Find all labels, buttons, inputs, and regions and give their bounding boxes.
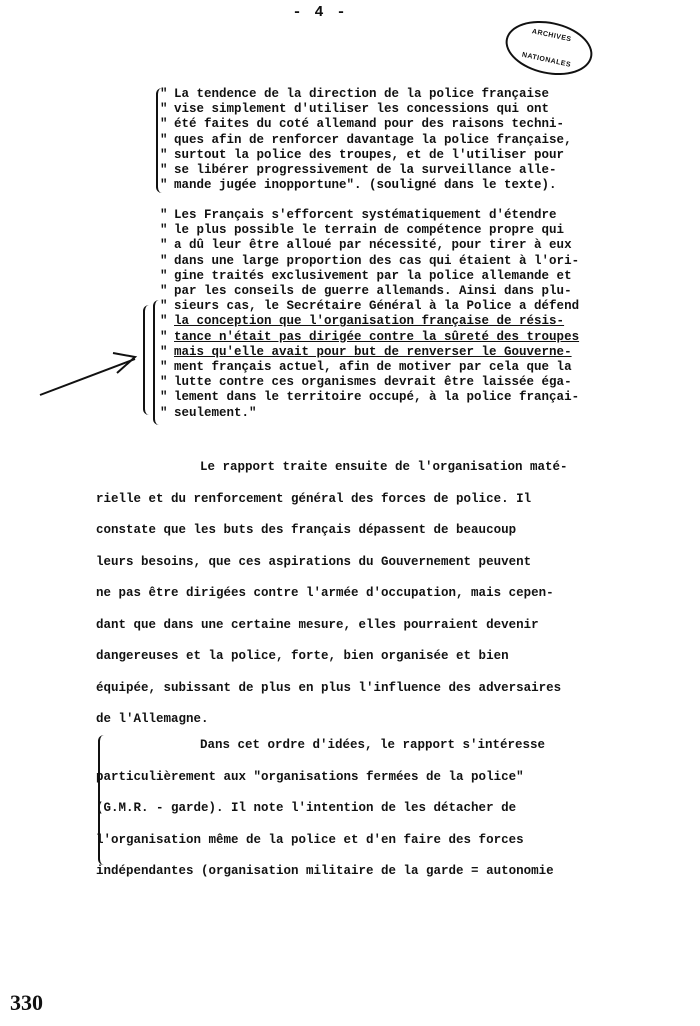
text-line: Dans cet ordre d'idées, le rapport s'int… xyxy=(96,730,696,762)
text-line: "la conception que l'organisation frança… xyxy=(160,314,680,329)
text-line: "Les Français s'efforcent systématiqueme… xyxy=(160,208,680,223)
margin-bracket xyxy=(153,300,159,425)
quote-mark: " xyxy=(160,406,174,421)
quote-mark: " xyxy=(160,390,174,405)
line-text: lutte contre ces organismes devrait être… xyxy=(174,375,572,389)
line-text: ment français actuel, afin de motiver pa… xyxy=(174,360,572,374)
line-text: la conception que l'organisation françai… xyxy=(174,314,564,328)
quoted-passage-1: "La tendence de la direction de la polic… xyxy=(160,87,680,193)
text-line: dant que dans une certaine mesure, elles… xyxy=(96,610,696,642)
line-text: tance n'était pas dirigée contre la sûre… xyxy=(174,330,579,344)
quote-mark: " xyxy=(160,117,174,132)
text-line: "lutte contre ces organismes devrait êtr… xyxy=(160,375,680,390)
text-line: "La tendence de la direction de la polic… xyxy=(160,87,680,102)
line-text: lement dans le territoire occupé, à la p… xyxy=(174,390,579,404)
quote-mark: " xyxy=(160,330,174,345)
text-line: rielle et du renforcement général des fo… xyxy=(96,484,696,516)
quote-mark: " xyxy=(160,299,174,314)
line-text: surtout la police des troupes, et de l'u… xyxy=(174,148,564,162)
text-line: "été faites du coté allemand pour des ra… xyxy=(160,117,680,132)
text-line: Le rapport traite ensuite de l'organisat… xyxy=(96,452,696,484)
text-line: "le plus possible le terrain de compéten… xyxy=(160,223,680,238)
line-text: par les conseils de guerre allemands. Ai… xyxy=(174,284,572,298)
text-line: constate que les buts des français dépas… xyxy=(96,515,696,547)
page-number: - 4 - xyxy=(0,4,640,21)
quote-mark: " xyxy=(160,375,174,390)
text-line: "gine traités exclusivement par la polic… xyxy=(160,269,680,284)
text-line: "vise simplement d'utiliser les concessi… xyxy=(160,102,680,117)
text-line: "ment français actuel, afin de motiver p… xyxy=(160,360,680,375)
text-line: "tance n'était pas dirigée contre la sûr… xyxy=(160,330,680,345)
line-text: mande jugée inopportune". (souligné dans… xyxy=(174,178,557,192)
handwritten-arrow-icon xyxy=(35,345,145,405)
line-text: le plus possible le terrain de compétenc… xyxy=(174,223,564,237)
line-text: a dû leur être alloué par nécessité, pou… xyxy=(174,238,572,252)
line-text: La tendence de la direction de la police… xyxy=(174,87,549,101)
quote-mark: " xyxy=(160,208,174,223)
text-line: équipée, subissant de plus en plus l'inf… xyxy=(96,673,696,705)
quote-mark: " xyxy=(160,133,174,148)
text-line: "a dû leur être alloué par nécessité, po… xyxy=(160,238,680,253)
text-line: "dans une large proportion des cas qui é… xyxy=(160,254,680,269)
quote-mark: " xyxy=(160,223,174,238)
paragraph-1: Le rapport traite ensuite de l'organisat… xyxy=(96,452,696,736)
text-line: dangereuses et la police, forte, bien or… xyxy=(96,641,696,673)
stamp-text-bottom: NATIONALES xyxy=(505,48,589,72)
text-line: leurs besoins, que ces aspirations du Go… xyxy=(96,547,696,579)
text-line: "seulement." xyxy=(160,406,680,421)
quote-mark: " xyxy=(160,163,174,178)
line-text: seulement." xyxy=(174,406,257,420)
quote-mark: " xyxy=(160,148,174,163)
line-text: se libérer progressivement de la surveil… xyxy=(174,163,557,177)
line-text: gine traités exclusivement par la police… xyxy=(174,269,572,283)
text-line: particulièrement aux "organisations ferm… xyxy=(96,762,696,794)
quote-mark: " xyxy=(160,314,174,329)
quote-mark: " xyxy=(160,87,174,102)
quote-mark: " xyxy=(160,254,174,269)
text-line: "ques afin de renforcer davantage la pol… xyxy=(160,133,680,148)
line-text: mais qu'elle avait pour but de renverser… xyxy=(174,345,572,359)
archives-nationales-stamp: ARCHIVES NATIONALES xyxy=(501,13,598,82)
quote-mark: " xyxy=(160,345,174,360)
quote-mark: " xyxy=(160,102,174,117)
text-line: "mais qu'elle avait pour but de renverse… xyxy=(160,345,680,360)
text-line: "par les conseils de guerre allemands. A… xyxy=(160,284,680,299)
quoted-passage-2: "Les Français s'efforcent systématiqueme… xyxy=(160,208,680,421)
text-line: "sieurs cas, le Secrétaire Général à la … xyxy=(160,299,680,314)
text-line: "se libérer progressivement de la survei… xyxy=(160,163,680,178)
stamp-text-top: ARCHIVES xyxy=(510,24,594,48)
quote-mark: " xyxy=(160,269,174,284)
line-text: dans une large proportion des cas qui ét… xyxy=(174,254,579,268)
text-line: "lement dans le territoire occupé, à la … xyxy=(160,390,680,405)
quote-mark: " xyxy=(160,238,174,253)
paragraph-2: Dans cet ordre d'idées, le rapport s'int… xyxy=(96,730,696,888)
text-line: l'organisation même de la police et d'en… xyxy=(96,825,696,857)
text-line: "mande jugée inopportune". (souligné dan… xyxy=(160,178,680,193)
quote-mark: " xyxy=(160,284,174,299)
text-line: "surtout la police des troupes, et de l'… xyxy=(160,148,680,163)
text-line: ne pas être dirigées contre l'armée d'oc… xyxy=(96,578,696,610)
line-text: Les Français s'efforcent systématiquemen… xyxy=(174,208,557,222)
line-text: été faites du coté allemand pour des rai… xyxy=(174,117,564,131)
line-text: vise simplement d'utiliser les concessio… xyxy=(174,102,549,116)
quote-mark: " xyxy=(160,178,174,193)
quote-mark: " xyxy=(160,360,174,375)
text-line: indépendantes (organisation militaire de… xyxy=(96,856,696,888)
line-text: sieurs cas, le Secrétaire Général à la P… xyxy=(174,299,579,313)
text-line: (G.M.R. - garde). Il note l'intention de… xyxy=(96,793,696,825)
archive-page-number: 330 xyxy=(10,990,43,1016)
line-text: ques afin de renforcer davantage la poli… xyxy=(174,133,572,147)
